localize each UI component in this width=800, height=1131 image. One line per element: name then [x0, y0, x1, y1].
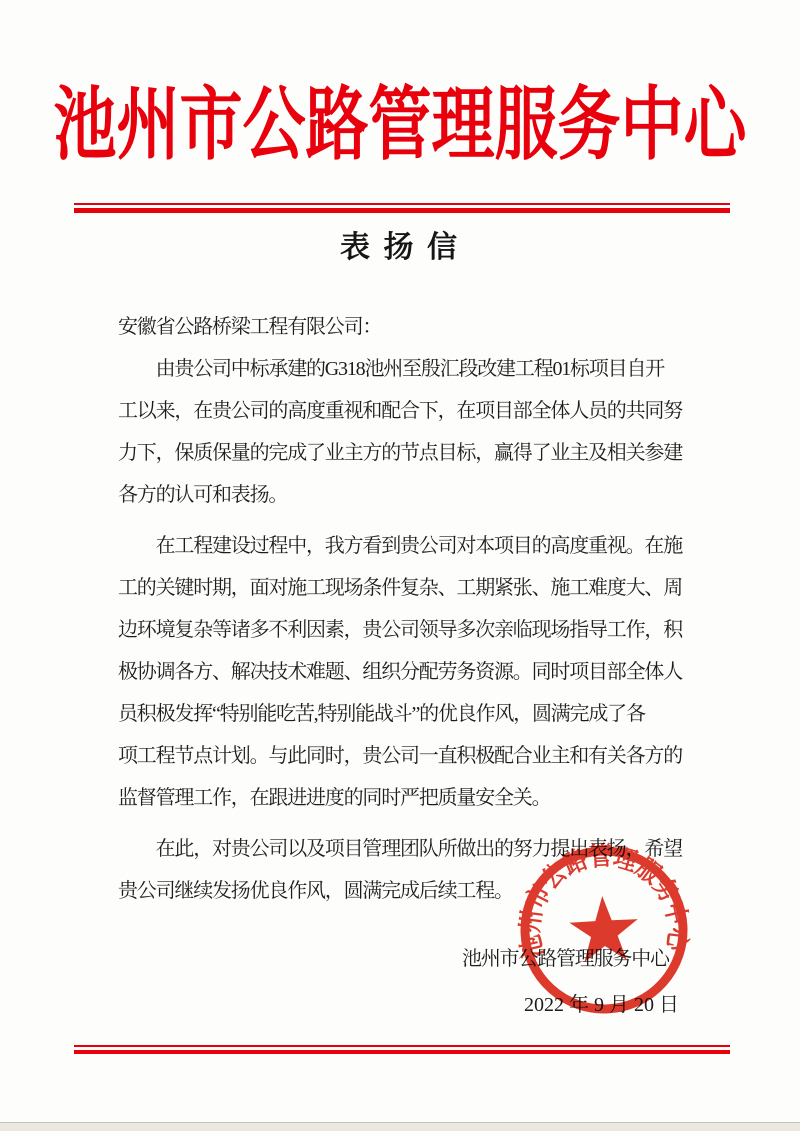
footer-rule-thick: [74, 1050, 730, 1054]
letter-paragraph: 由贵公司中标承建的G318池州至殷汇段改建工程01标项目自开 工以来，在贵公司的…: [118, 348, 778, 516]
letter-body: 安徽省公路桥梁工程有限公司： 由贵公司中标承建的G318池州至殷汇段改建工程01…: [118, 306, 778, 912]
official-seal: 池州市公路管理服务中心: [512, 838, 697, 1023]
letter-page: 池州市公路管理服务中心 表 扬 信 安徽省公路桥梁工程有限公司： 由贵公司中标承…: [0, 0, 800, 1131]
letterhead-rule-thin: [74, 203, 730, 205]
seal-star-icon: [568, 894, 640, 963]
letterhead-rule-thick: [74, 208, 730, 213]
letterhead-org-title-text: 池州市公路管理服务中心: [54, 86, 747, 166]
letter-paragraph: 在工程建设过程中，我方看到贵公司对本项目的高度重视。在施 工的关键时期，面对施工…: [118, 525, 778, 819]
footer-rule-thin: [74, 1045, 730, 1047]
letterhead-org-title: 池州市公路管理服务中心: [0, 86, 800, 149]
document-title: 表 扬 信: [0, 222, 800, 266]
salutation: 安徽省公路桥梁工程有限公司：: [118, 306, 778, 348]
scan-bottom-edge: [0, 1122, 800, 1131]
